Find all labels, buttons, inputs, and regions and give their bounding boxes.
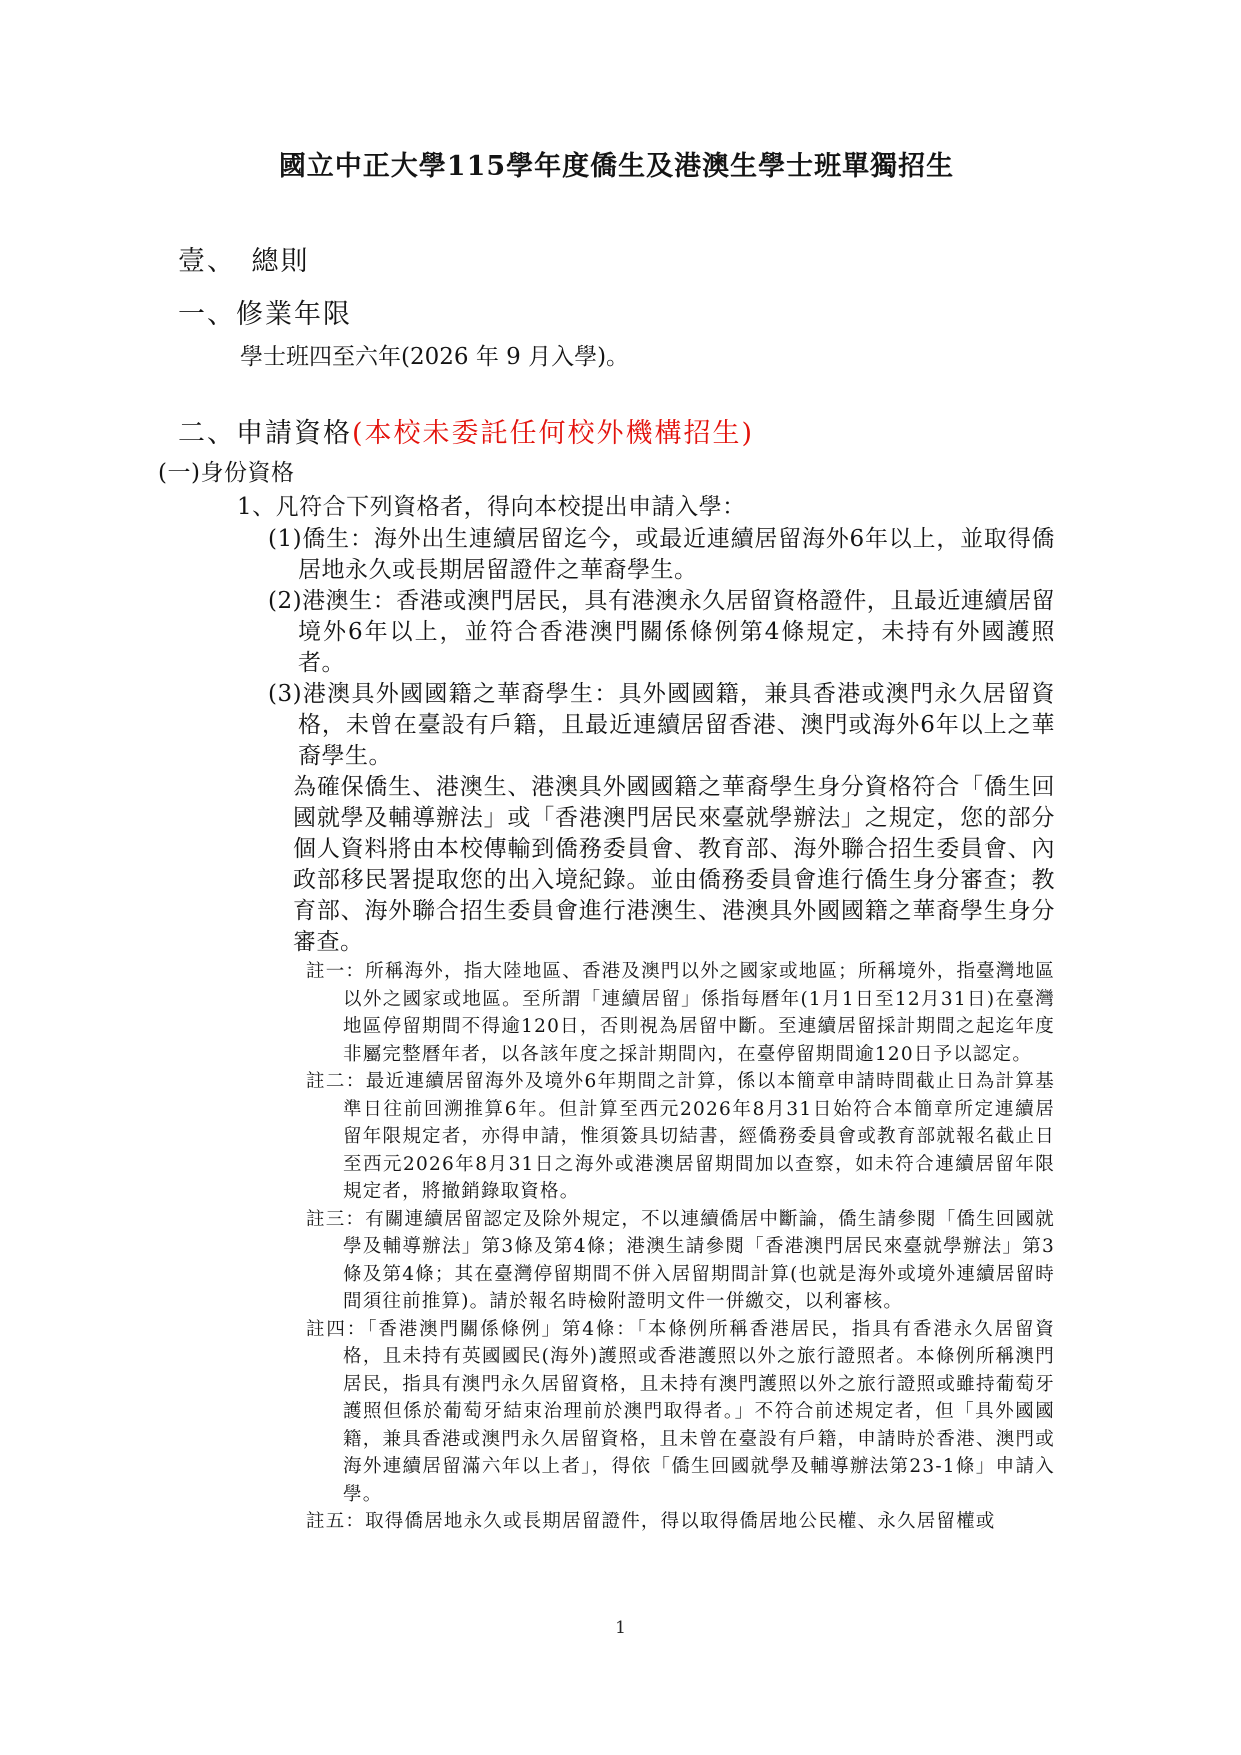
note-item-5: 註五：取得僑居地永久或長期居留證件，得以取得僑居地公民權、永久居留權或 xyxy=(178,1508,1055,1536)
item-text: 僑生：海外出生連續居留迄今，或最近連續居留海外6年以上，並取得僑居地永久或長期居… xyxy=(298,526,1055,583)
eligibility-item-foreign-nationality-student: (3)港澳具外國國籍之華裔學生：具外國國籍，兼具香港或澳門永久居留資格，未曾在臺… xyxy=(178,679,1055,772)
note-item-2: 註二：最近連續居留海外及境外6年期間之計算，係以本簡章申請時間截止日為計算基準日… xyxy=(178,1068,1055,1206)
item-text: 港澳生：香港或澳門居民，具有港澳永久居留資格證件，且最近連續居留境外6年以上，並… xyxy=(298,588,1055,676)
eligibility-item-overseas-student: (1)僑生：海外出生連續居留迄今，或最近連續居留海外6年以上，並取得僑居地永久或… xyxy=(178,524,1055,586)
section-general-heading: 壹、 總則 xyxy=(178,243,1055,280)
heading-study-period: 一、修業年限 xyxy=(178,296,1055,333)
note-marker: 註三： xyxy=(306,1209,365,1230)
item-marker: (1) xyxy=(268,526,302,552)
note-item-4: 註四：「香港澳門關係條例」第4條：「本條例所稱香港居民，指具有香港永久居留資格，… xyxy=(178,1316,1055,1509)
item-marker: (2) xyxy=(268,588,302,614)
note-marker: 註一： xyxy=(306,961,365,982)
note-text: 取得僑居地永久或長期居留證件，得以取得僑居地公民權、永久居留權或 xyxy=(365,1511,995,1532)
note-item-1: 註一：所稱海外，指大陸地區、香港及澳門以外之國家或地區；所稱境外，指臺灣地區以外… xyxy=(178,958,1055,1068)
application-eligibility-label: 二、申請資格 xyxy=(178,418,352,449)
note-marker: 註四： xyxy=(306,1319,367,1340)
eligibility-item-hk-macau-student: (2)港澳生：香港或澳門居民，具有港澳永久居留資格證件，且最近連續居留境外6年以… xyxy=(178,586,1055,679)
eligibility-intro: 1、凡符合下列資格者，得向本校提出申請入學： xyxy=(178,490,1055,524)
note-text: 「香港澳門關係條例」第4條：「本條例所稱香港居民，指具有香港永久居留資格，且未持… xyxy=(343,1319,1055,1505)
note-item-3: 註三：有關連續居留認定及除外規定，不以連續僑居中斷論，僑生請參閱「僑生回國就學及… xyxy=(178,1206,1055,1316)
note-text: 有關連續居留認定及除外規定，不以連續僑居中斷論，僑生請參閱「僑生回國就學及輔導辦… xyxy=(343,1209,1055,1313)
no-external-agency-note: (本校未委託任何校外機構招生) xyxy=(352,418,754,449)
note-marker: 註五： xyxy=(306,1511,365,1532)
study-period-text: 學士班四至六年(2026 年 9 月入學)。 xyxy=(178,339,1055,375)
heading-identity-eligibility: (一)身份資格 xyxy=(158,457,1055,490)
item-text: 港澳具外國國籍之華裔學生：具外國國籍，兼具香港或澳門永久居留資格，未曾在臺設有戶… xyxy=(298,681,1055,769)
note-text: 最近連續居留海外及境外6年期間之計算，係以本簡章申請時間截止日為計算基準日往前回… xyxy=(343,1071,1055,1202)
note-text: 所稱海外，指大陸地區、香港及澳門以外之國家或地區；所稱境外，指臺灣地區以外之國家… xyxy=(343,961,1055,1065)
heading-application-eligibility: 二、申請資格(本校未委託任何校外機構招生) xyxy=(178,415,1055,452)
document-page: 國立中正大學115學年度僑生及港澳生學士班單獨招生 壹、 總則 一、修業年限 學… xyxy=(0,0,1241,1755)
item-marker: (3) xyxy=(268,681,302,707)
document-title: 國立中正大學115學年度僑生及港澳生學士班單獨招生 xyxy=(178,148,1055,186)
page-number: 1 xyxy=(0,1618,1241,1638)
privacy-paragraph: 為確保僑生、港澳生、港澳具外國國籍之華裔學生身分資格符合「僑生回國就學及輔導辦法… xyxy=(178,772,1055,958)
note-marker: 註二： xyxy=(306,1071,366,1092)
